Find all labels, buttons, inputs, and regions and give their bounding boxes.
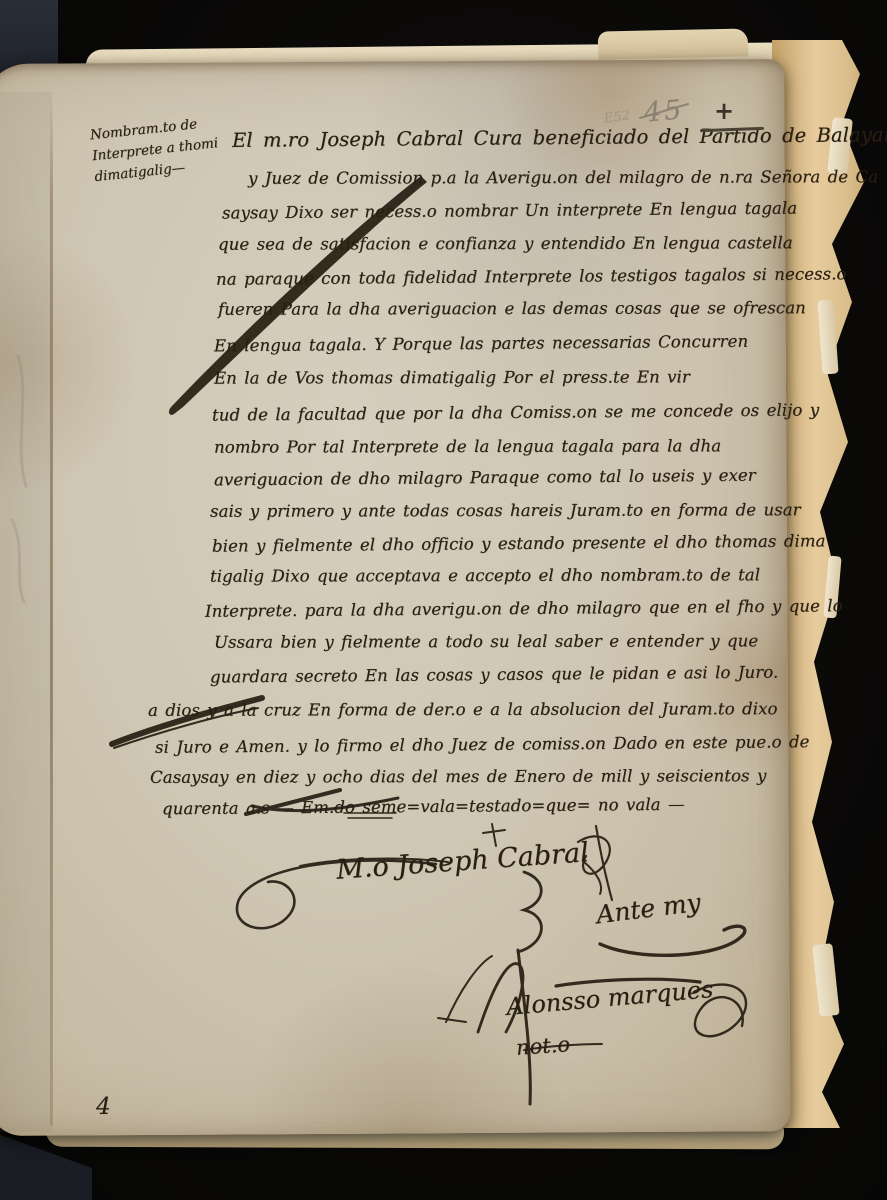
cross-invocation-mark: + xyxy=(714,96,734,125)
manuscript-line: Ussara bien y fielmente a todo su leal s… xyxy=(214,631,758,651)
pencil-folio-number: 45 xyxy=(643,94,686,128)
manuscript-line: a dios y a la cruz En forma de der.o e a… xyxy=(148,699,778,720)
manuscript-line: nombro Por tal Interprete de la lengua t… xyxy=(214,436,721,456)
manuscript-line: y Juez de Comission p.a la Averigu.on de… xyxy=(248,167,878,188)
bleedthrough-mark xyxy=(12,520,24,602)
alonsso-cross xyxy=(438,1018,466,1022)
bleedthrough-mark xyxy=(18,356,26,486)
long-descender xyxy=(518,950,530,1104)
manuscript-line: sais y primero y ante todas cosas hareis… xyxy=(210,500,801,521)
manuscript-line: tigalig Dixo que acceptava e accepto el … xyxy=(210,565,760,585)
manuscript-photo: Nombram.to de Interprete a thomi dimatig… xyxy=(0,0,887,1200)
manuscript-line: fueren Para la dha averiguacion e las de… xyxy=(218,298,806,319)
manuscript-line: que sea de satisfacion e confianza y ent… xyxy=(218,233,793,254)
signature-notary-title: not.o xyxy=(515,1032,570,1060)
paraph-three xyxy=(518,872,541,952)
manuscript-line: Casaysay en diez y ocho dias del mes de … xyxy=(150,766,766,787)
ante-underline xyxy=(600,926,745,955)
cabral-rubric-tail xyxy=(596,826,612,900)
page-number: 4 xyxy=(96,1094,111,1120)
manuscript-line: En la de Vos thomas dimatigalig Por el p… xyxy=(214,367,690,387)
